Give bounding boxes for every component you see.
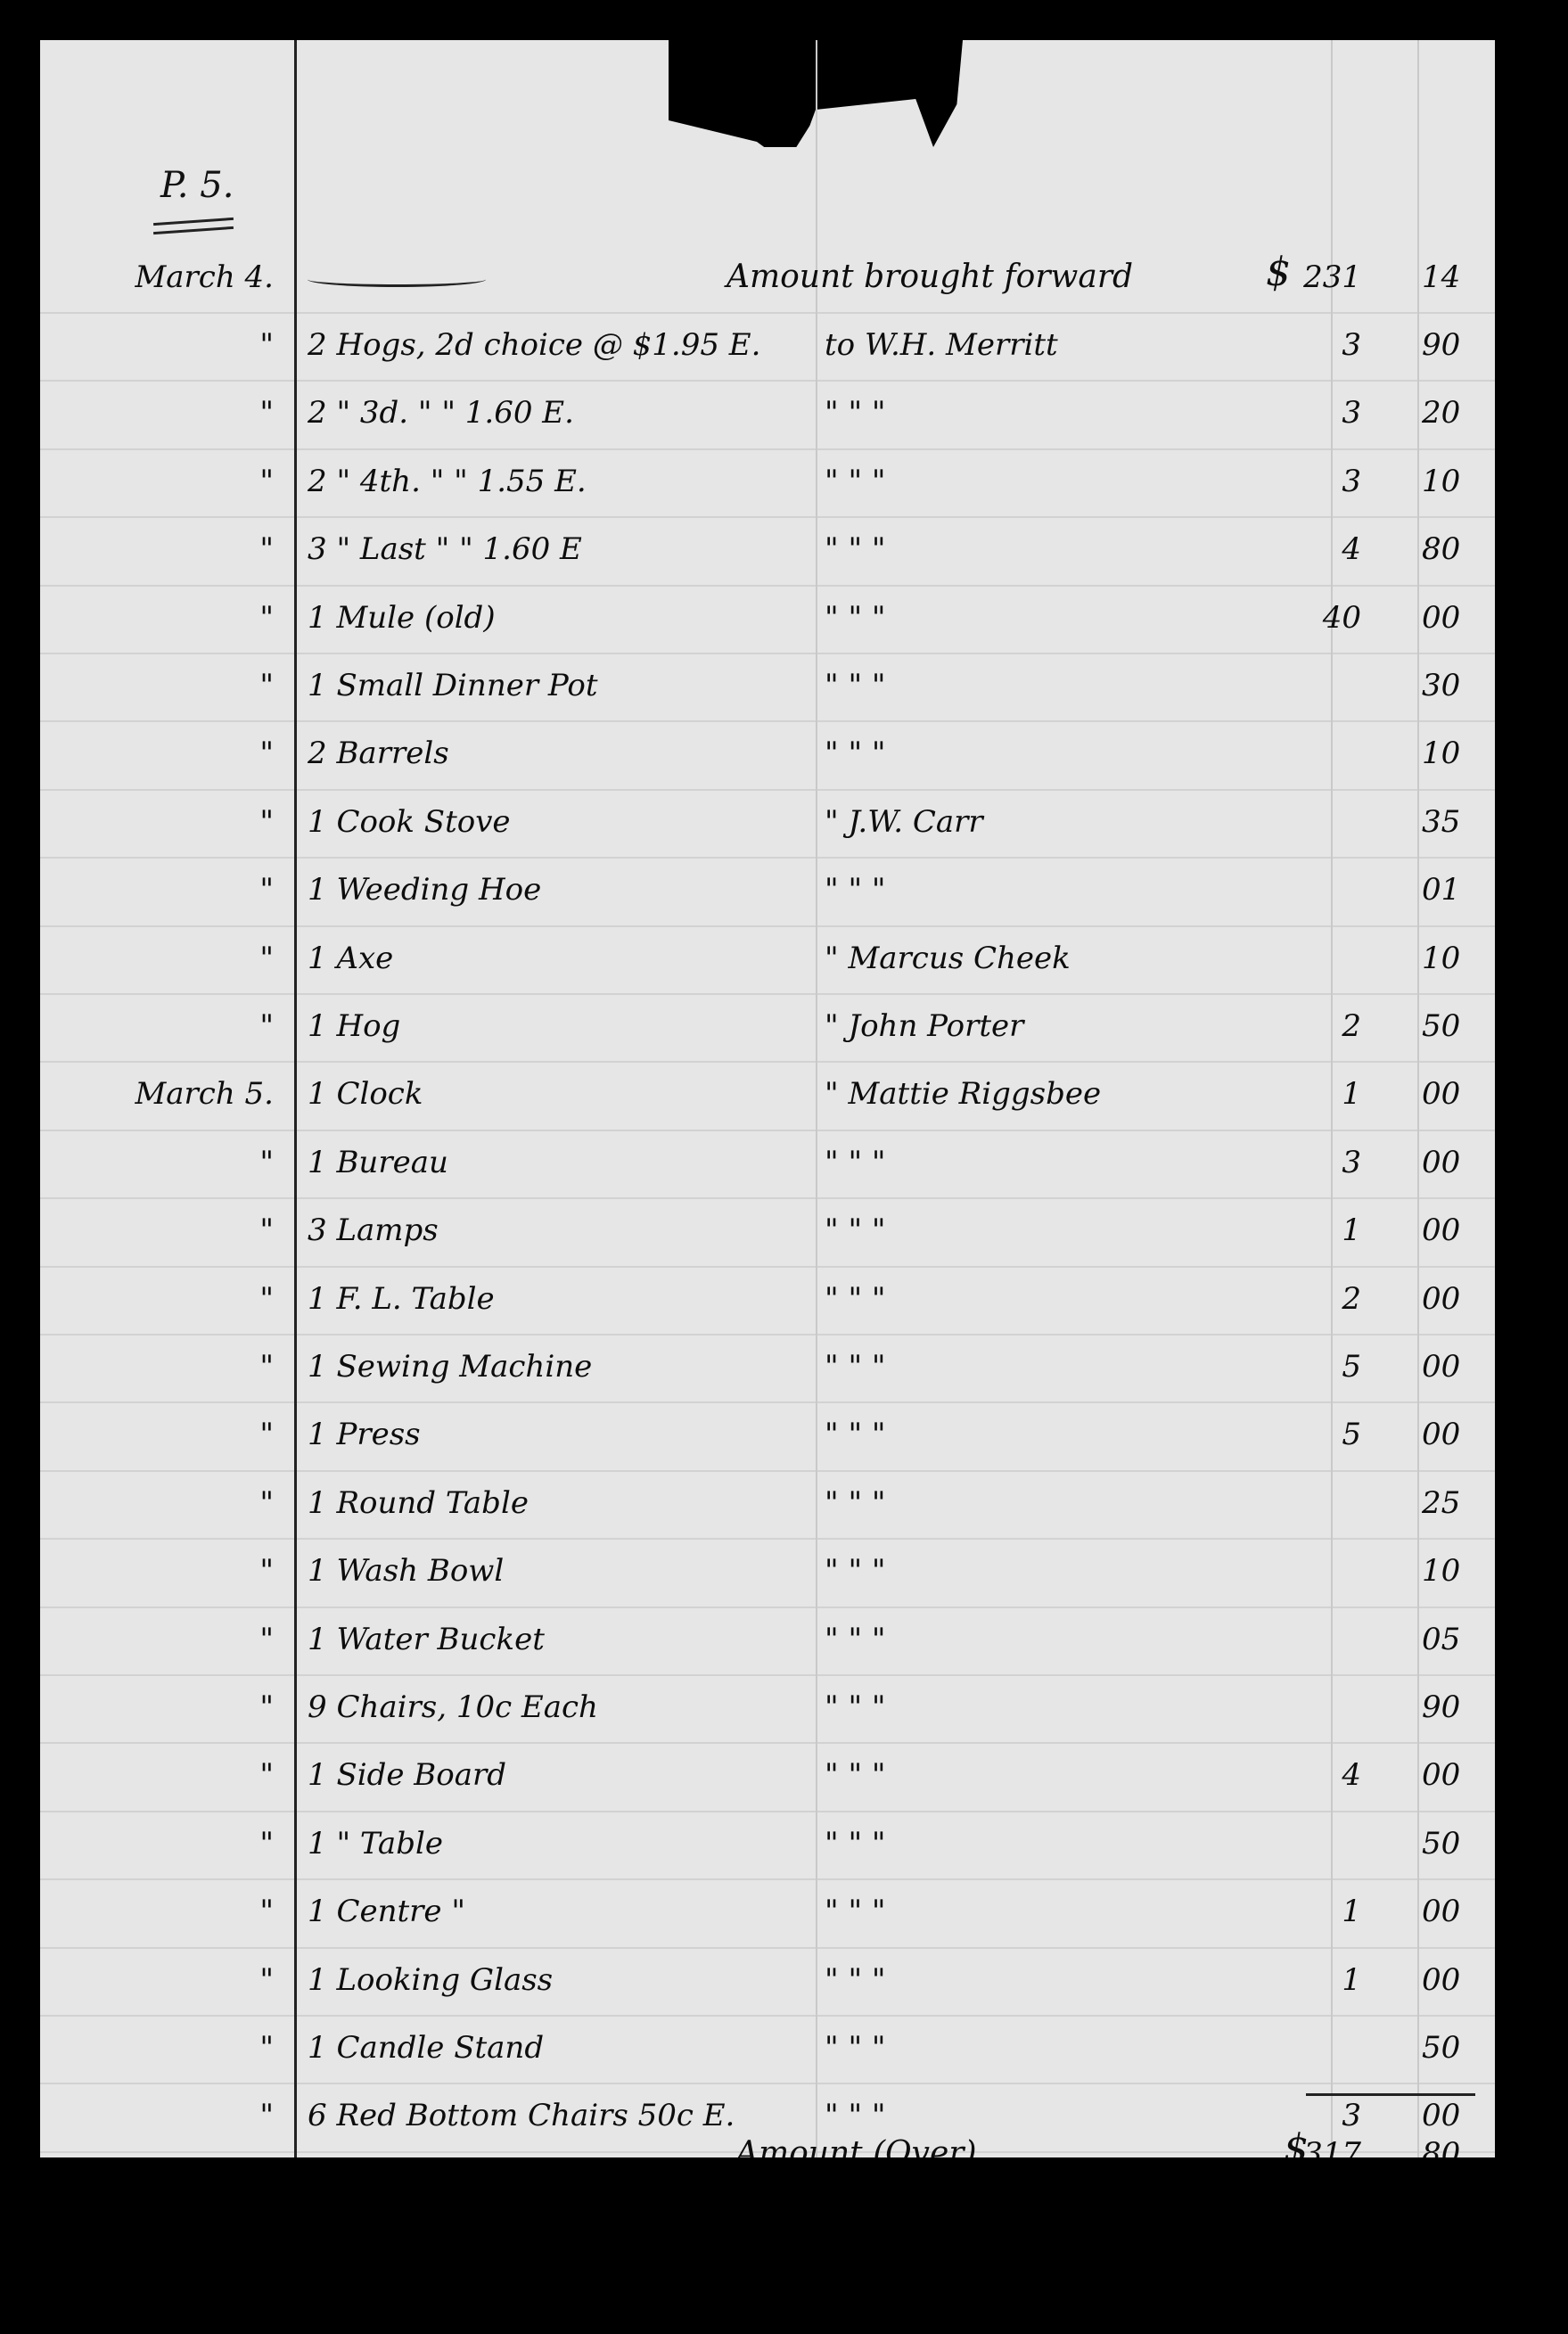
- cents: 00: [1422, 1076, 1460, 1112]
- buyer: " " ": [825, 531, 886, 567]
- buyer: " " ": [825, 600, 886, 636]
- cents: 10: [1422, 1553, 1460, 1589]
- cents: 00: [1422, 600, 1460, 636]
- cents: 05: [1422, 1622, 1460, 1657]
- item: 1 Clock: [308, 1076, 423, 1112]
- dollars: 3: [1342, 327, 1361, 363]
- date: ": [259, 464, 274, 499]
- buyer: " " ": [825, 1757, 886, 1793]
- cents: 35: [1422, 804, 1460, 840]
- item: 2 " 3d. " " 1.60 E.: [308, 395, 574, 431]
- date: ": [259, 1485, 274, 1521]
- dollar-sign-icon: $: [1266, 250, 1291, 295]
- cents: 25: [1422, 1485, 1460, 1521]
- buyer: " Marcus Cheek: [825, 941, 1071, 976]
- table-row: "1 Bureau" " "300: [40, 1130, 1495, 1193]
- date: ": [259, 736, 274, 771]
- date: ": [259, 872, 274, 908]
- item: 1 Water Bucket: [308, 1622, 545, 1657]
- table-row: "1 Side Board" " "400: [40, 1743, 1495, 1805]
- table-row: "1 Centre "" " "100: [40, 1879, 1495, 1942]
- cents: 10: [1422, 941, 1460, 976]
- dollars: 5: [1342, 1349, 1361, 1385]
- cents: 00: [1422, 1894, 1460, 1929]
- date: ": [259, 804, 274, 840]
- item: 2 Barrels: [308, 736, 449, 771]
- date: ": [259, 1553, 274, 1589]
- table-row: "1 F. L. Table" " "200: [40, 1267, 1495, 1329]
- buyer: " " ": [825, 1826, 886, 1861]
- cents: 50: [1422, 1826, 1460, 1861]
- cents: 50: [1422, 2030, 1460, 2066]
- flourish: [308, 259, 486, 295]
- item: 1 Press: [308, 1417, 421, 1452]
- dollars: 231: [1303, 259, 1361, 295]
- item: 1 Looking Glass: [308, 1962, 553, 1998]
- buyer: " " ": [825, 395, 886, 431]
- buyer: " " ": [825, 1485, 886, 1521]
- dollars: 3: [1342, 464, 1361, 499]
- cents: 90: [1422, 1689, 1460, 1725]
- buyer: " Mattie Riggsbee: [825, 1076, 1101, 1112]
- cents: 00: [1422, 1281, 1460, 1317]
- date: March 4.: [135, 259, 274, 295]
- buyer: " " ": [825, 1553, 886, 1589]
- table-row: "1 Axe" Marcus Cheek10: [40, 926, 1495, 989]
- dollars: 4: [1342, 531, 1361, 567]
- buyer: " " ": [825, 1894, 886, 1929]
- date: ": [259, 395, 274, 431]
- date: ": [259, 1826, 274, 1861]
- buyer: " " ": [825, 736, 886, 771]
- table-row: "1 Small Dinner Pot" " "30: [40, 653, 1495, 716]
- table-row: "1 Hog" John Porter250: [40, 994, 1495, 1056]
- date: ": [259, 1212, 274, 1248]
- total-label: Amount (Over): [735, 2135, 977, 2157]
- dollars: 4: [1342, 1757, 1361, 1793]
- cents: 80: [1422, 531, 1460, 567]
- cents: 14: [1422, 259, 1460, 295]
- date: ": [259, 1894, 274, 1929]
- date: ": [259, 2030, 274, 2066]
- table-row: "1 Cook Stove" J.W. Carr35: [40, 790, 1495, 852]
- dollars: 40: [1323, 600, 1361, 636]
- buyer: " " ": [825, 464, 886, 499]
- buyer: " " ": [825, 872, 886, 908]
- buyer: " " ": [825, 1689, 886, 1725]
- date: ": [259, 1281, 274, 1317]
- date: ": [259, 1008, 274, 1044]
- item: 1 Small Dinner Pot: [308, 668, 598, 703]
- ledger-page: P. 5. March 4. Amount brought forward $ …: [40, 40, 1495, 2157]
- item: 1 Wash Bowl: [308, 1553, 504, 1589]
- date: ": [259, 531, 274, 567]
- brought-forward-row: March 4. Amount brought forward $ 231 14: [40, 245, 1495, 308]
- table-row: "1 Weeding Hoe" " "01: [40, 858, 1495, 920]
- item: 1 Hog: [308, 1008, 400, 1044]
- table-row: "1 " Table" " "50: [40, 1812, 1495, 1874]
- cents: 00: [1422, 1417, 1460, 1452]
- item: 3 Lamps: [308, 1212, 439, 1248]
- dollars: 3: [1342, 1145, 1361, 1180]
- cents: 30: [1422, 668, 1460, 703]
- brought-forward-label: Amount brought forward: [727, 259, 1133, 295]
- buyer: " " ": [825, 1417, 886, 1452]
- date: ": [259, 941, 274, 976]
- table-row: "1 Press" " "500: [40, 1402, 1495, 1465]
- page-marker: P. 5.: [160, 165, 234, 206]
- buyer: " " ": [825, 1349, 886, 1385]
- item: 1 Sewing Machine: [308, 1349, 592, 1385]
- date: ": [259, 668, 274, 703]
- item: 2 Hogs, 2d choice @ $1.95 E.: [308, 327, 760, 363]
- table-row: "2 " 4th. " " 1.55 E." " "310: [40, 449, 1495, 512]
- dollars: 3: [1342, 395, 1361, 431]
- table-row: "1 Mule (old)" " "4000: [40, 586, 1495, 648]
- item: 1 Round Table: [308, 1485, 529, 1521]
- cents: 10: [1422, 464, 1460, 499]
- cents: 01: [1422, 872, 1460, 908]
- cents: 20: [1422, 395, 1460, 431]
- table-row: "1 Wash Bowl" " "10: [40, 1539, 1495, 1601]
- table-row: "1 Candle Stand" " "50: [40, 2016, 1495, 2078]
- dollars: 1: [1342, 1894, 1361, 1929]
- total-row: Amount (Over) $ 317 80: [40, 2122, 1495, 2157]
- cents: 00: [1422, 1212, 1460, 1248]
- buyer: " " ": [825, 1281, 886, 1317]
- cents: 00: [1422, 1145, 1460, 1180]
- date: ": [259, 1962, 274, 1998]
- table-row: "2 Hogs, 2d choice @ $1.95 E.to W.H. Mer…: [40, 313, 1495, 375]
- buyer: " J.W. Carr: [825, 804, 983, 840]
- table-row: "3 Lamps" " "100: [40, 1198, 1495, 1261]
- cents: 10: [1422, 736, 1460, 771]
- cents: 00: [1422, 1757, 1460, 1793]
- cents: 00: [1422, 1349, 1460, 1385]
- table-row: "1 Looking Glass" " "100: [40, 1948, 1495, 2010]
- date: ": [259, 1757, 274, 1793]
- table-row: March 5.1 Clock" Mattie Riggsbee100: [40, 1062, 1495, 1124]
- cents: 90: [1422, 327, 1460, 363]
- item: 1 Side Board: [308, 1757, 506, 1793]
- buyer: " " ": [825, 1212, 886, 1248]
- buyer: " " ": [825, 1145, 886, 1180]
- total-cents: 80: [1422, 2136, 1460, 2157]
- dollars: 2: [1342, 1008, 1361, 1044]
- table-row: "2 Barrels" " "10: [40, 721, 1495, 784]
- item: 1 Centre ": [308, 1894, 465, 1929]
- item: 1 Axe: [308, 941, 393, 976]
- item: 1 Weeding Hoe: [308, 872, 541, 908]
- item: 1 Bureau: [308, 1145, 448, 1180]
- item: 1 F. L. Table: [308, 1281, 495, 1317]
- buyer: to W.H. Merritt: [825, 327, 1058, 363]
- item: 2 " 4th. " " 1.55 E.: [308, 464, 587, 499]
- dollars: 1: [1342, 1076, 1361, 1112]
- cents: 00: [1422, 1962, 1460, 1998]
- item: 1 Cook Stove: [308, 804, 511, 840]
- table-row: "1 Water Bucket" " "05: [40, 1607, 1495, 1670]
- item: 9 Chairs, 10c Each: [308, 1689, 598, 1725]
- dollars: 1: [1342, 1212, 1361, 1248]
- buyer: " " ": [825, 1962, 886, 1998]
- date: ": [259, 1417, 274, 1452]
- table-row: "2 " 3d. " " 1.60 E." " "320: [40, 381, 1495, 443]
- item: 1 " Table: [308, 1826, 443, 1861]
- table-row: "1 Sewing Machine" " "500: [40, 1335, 1495, 1397]
- buyer: " " ": [825, 1622, 886, 1657]
- buyer: " " ": [825, 668, 886, 703]
- item: 1 Mule (old): [308, 600, 496, 636]
- date: ": [259, 1145, 274, 1180]
- table-row: "9 Chairs, 10c Each" " "90: [40, 1675, 1495, 1738]
- date: ": [259, 600, 274, 636]
- date: March 5.: [135, 1076, 274, 1112]
- item: 3 " Last " " 1.60 E: [308, 531, 582, 567]
- table-row: "3 " Last " " 1.60 E" " "480: [40, 517, 1495, 579]
- buyer: " John Porter: [825, 1008, 1023, 1044]
- dollars: 5: [1342, 1417, 1361, 1452]
- date: ": [259, 1622, 274, 1657]
- date: ": [259, 1349, 274, 1385]
- date: ": [259, 1689, 274, 1725]
- cents: 50: [1422, 1008, 1460, 1044]
- table-row: "1 Round Table" " "25: [40, 1471, 1495, 1533]
- total-rule: [1306, 2093, 1475, 2096]
- date: ": [259, 327, 274, 363]
- dollars: 2: [1342, 1281, 1361, 1317]
- buyer: " " ": [825, 2030, 886, 2066]
- total-dollars: 317: [1303, 2136, 1361, 2157]
- dollars: 1: [1342, 1962, 1361, 1998]
- item: 1 Candle Stand: [308, 2030, 544, 2066]
